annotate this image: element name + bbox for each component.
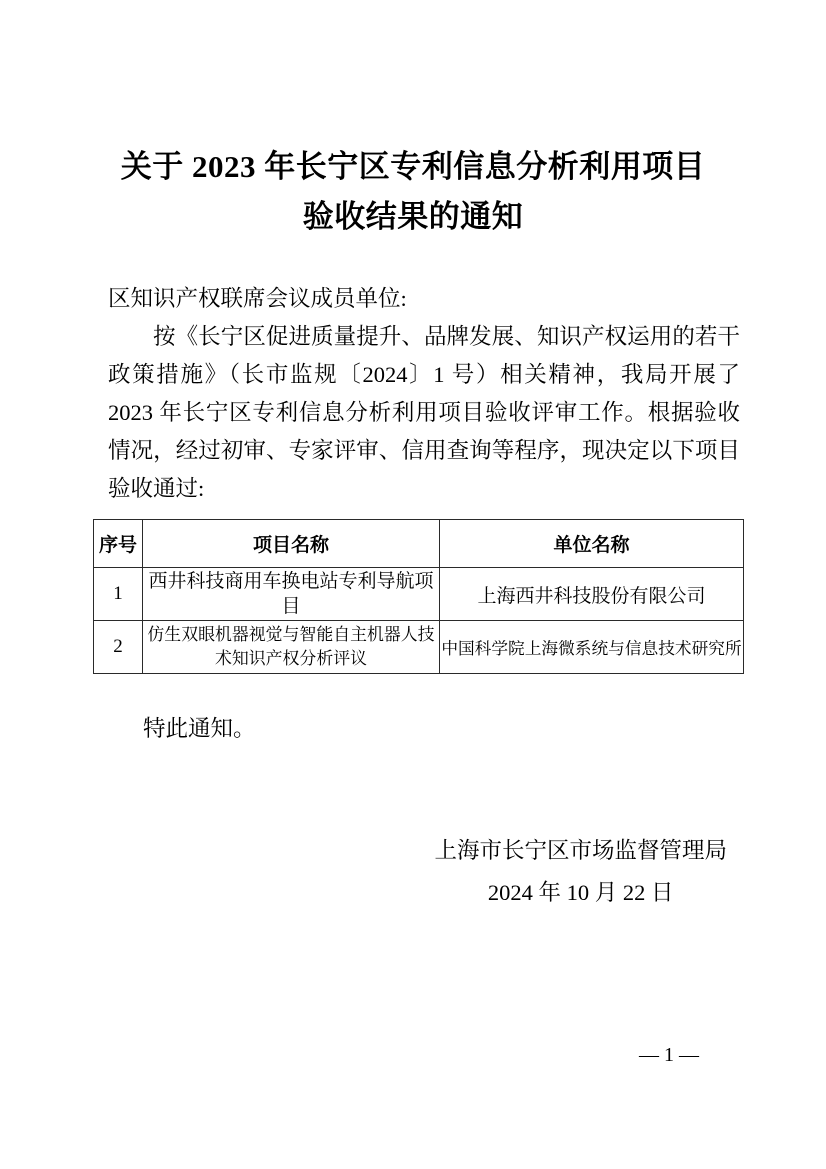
- page-number: — 1 —: [569, 1043, 769, 1067]
- row1-project-name: 西井科技商用车换电站专利导航项目: [143, 568, 440, 621]
- table-header-row: 序号 项目名称 单位名称: [94, 520, 744, 568]
- signature-block: 上海市长宁区市场监督管理局 2024 年 10 月 22 日: [434, 830, 727, 914]
- header-unit-name: 单位名称: [440, 520, 744, 568]
- header-serial-number: 序号: [94, 520, 143, 568]
- acceptance-results-table: 序号 项目名称 单位名称 1 西井科技商用车换电站专利导航项目 上海西井科技股份…: [93, 519, 744, 674]
- row2-serial-number: 2: [94, 621, 143, 674]
- salutation-line: 区知识产权联席会议成员单位:: [108, 280, 740, 318]
- document-page: 关于 2023 年长宁区专利信息分析利用项目 验收结果的通知 区知识产权联席会议…: [0, 0, 826, 1169]
- row1-unit-name: 上海西井科技股份有限公司: [440, 568, 744, 621]
- title-line-1: 关于 2023 年长宁区专利信息分析利用项目: [0, 142, 826, 192]
- title-line-2: 验收结果的通知: [0, 192, 826, 242]
- header-project-name: 项目名称: [143, 520, 440, 568]
- row2-project-name: 仿生双眼机器视觉与智能自主机器人技术知识产权分析评议: [143, 621, 440, 674]
- row1-serial-number: 1: [94, 568, 143, 621]
- issuer-name: 上海市长宁区市场监督管理局: [434, 830, 727, 872]
- intro-paragraph: 按《长宁区促进质量提升、品牌发展、知识产权运用的若干政策措施》（长市监规〔202…: [108, 318, 740, 508]
- row2-unit-name: 中国科学院上海微系统与信息技术研究所: [440, 621, 744, 674]
- issue-date: 2024 年 10 月 22 日: [434, 872, 727, 914]
- document-title: 关于 2023 年长宁区专利信息分析利用项目 验收结果的通知: [0, 142, 826, 242]
- body-text: 区知识产权联席会议成员单位: 按《长宁区促进质量提升、品牌发展、知识产权运用的若…: [108, 280, 740, 508]
- table-row: 2 仿生双眼机器视觉与智能自主机器人技术知识产权分析评议 中国科学院上海微系统与…: [94, 621, 744, 674]
- closing-line: 特此通知。: [108, 714, 256, 744]
- table-row: 1 西井科技商用车换电站专利导航项目 上海西井科技股份有限公司: [94, 568, 744, 621]
